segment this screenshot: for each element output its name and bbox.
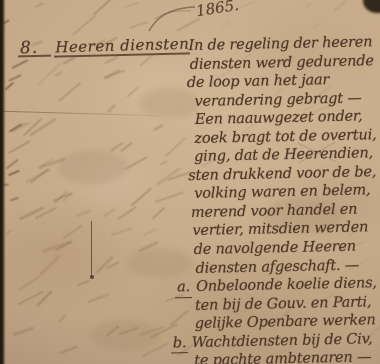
item-marker: b. <box>171 334 189 354</box>
line-text: diensten werd gedurende <box>190 53 374 73</box>
line-text: Wachtdiensten bij de Civ, <box>192 331 373 351</box>
item-marker: a. <box>175 278 192 298</box>
year-heading: 1865. <box>195 0 240 20</box>
line-text: ten bij de Gouv. en Parti, <box>195 294 372 314</box>
ink-smudge <box>58 150 128 184</box>
ruled-line-horizontal <box>2 111 160 117</box>
line-text: te pachte ambtenaren — <box>194 350 371 364</box>
line-text: gelijke Openbare werken <box>195 312 376 332</box>
line-text: sten drukkend voor de be, <box>188 164 376 184</box>
line-text: ging, dat de Heerendien, <box>194 145 373 165</box>
line-text: zoek bragt tot de overtui, <box>194 127 376 147</box>
line-text: verandering gebragt — <box>194 90 361 109</box>
line-text: Een naauwgezet onder, <box>195 109 363 129</box>
line-text: de navolgende Heeren <box>194 239 357 258</box>
line-text: diensten afgeschaft. — <box>195 257 359 276</box>
ink-smudge <box>90 320 160 350</box>
line-text: merend voor handel en <box>191 201 358 220</box>
corner-stain <box>363 0 380 13</box>
ink-smudge <box>128 248 192 278</box>
line-text: vertier, mitsdien werden <box>192 220 368 240</box>
line-text: volking waren en belem, <box>194 183 370 203</box>
manuscript-page: 1865. 8. Heeren diensten In de regeling … <box>0 0 380 364</box>
line-text: de loop van het jaar <box>187 72 330 91</box>
line-text: In de regeling der heeren <box>188 34 372 54</box>
line-text: Onbeloonde koelie diens, <box>196 275 377 295</box>
ruled-line-vertical <box>91 221 92 277</box>
body-column: In de regeling der heerendiensten werd g… <box>185 33 380 364</box>
left-edge-shadow <box>0 0 6 364</box>
